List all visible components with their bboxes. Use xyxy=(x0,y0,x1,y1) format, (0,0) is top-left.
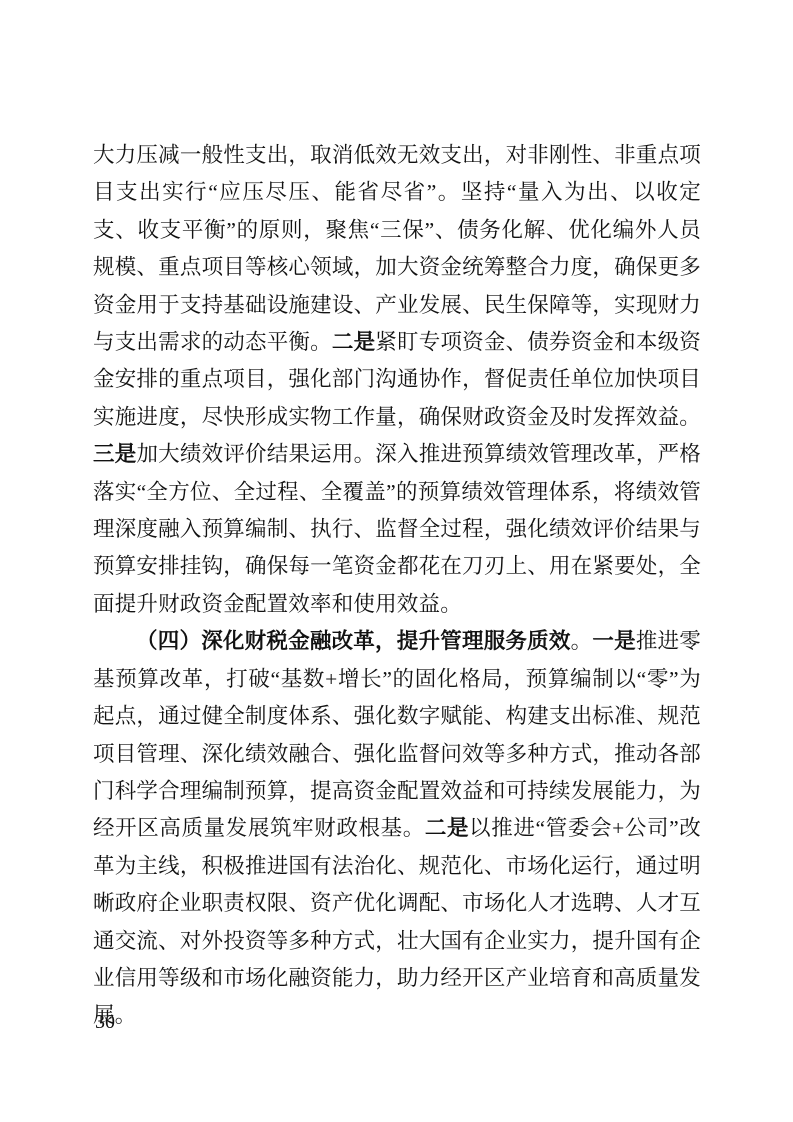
page-number: 30 xyxy=(95,1008,115,1036)
bold-run-yiShi: 一是 xyxy=(592,629,635,653)
body-run: 以推进“管委会+公司”改革为主线，积极推进国有法治化、规范化、市场化运行，通过明… xyxy=(93,816,701,1027)
bold-run-sanShi: 三是 xyxy=(93,442,136,466)
body-run: 推进零基预算改革，打破“基数+增长”的固化格局，预算编制以“零”为起点，通过健全… xyxy=(93,629,701,840)
bold-run-erShi2: 二是 xyxy=(425,816,469,840)
paragraph-budget-execution: 大力压减一般性支出，取消低效无效支出，对非刚性、非重点项目支出实行“应压尽压、能… xyxy=(93,137,701,623)
body-text: 大力压减一般性支出，取消低效无效支出，对非刚性、非重点项目支出实行“应压尽压、能… xyxy=(93,137,701,1035)
body-run: 。 xyxy=(571,629,593,653)
bold-run-erShi: 二是 xyxy=(332,330,375,354)
body-run: 大力压减一般性支出，取消低效无效支出，对非刚性、非重点项目支出实行“应压尽压、能… xyxy=(93,143,701,354)
paragraph-fiscal-reform: （四）深化财税金融改革，提升管理服务质效。一是推进零基预算改革，打破“基数+增长… xyxy=(93,623,701,1034)
body-run: 加大绩效评价结果运用。深入推进预算绩效管理改革，严格落实“全方位、全过程、全覆盖… xyxy=(93,442,701,616)
document-page: 大力压减一般性支出，取消低效无效支出，对非刚性、非重点项目支出实行“应压尽压、能… xyxy=(0,0,793,1122)
section-heading: （四）深化财税金融改革，提升管理服务质效 xyxy=(136,629,571,653)
